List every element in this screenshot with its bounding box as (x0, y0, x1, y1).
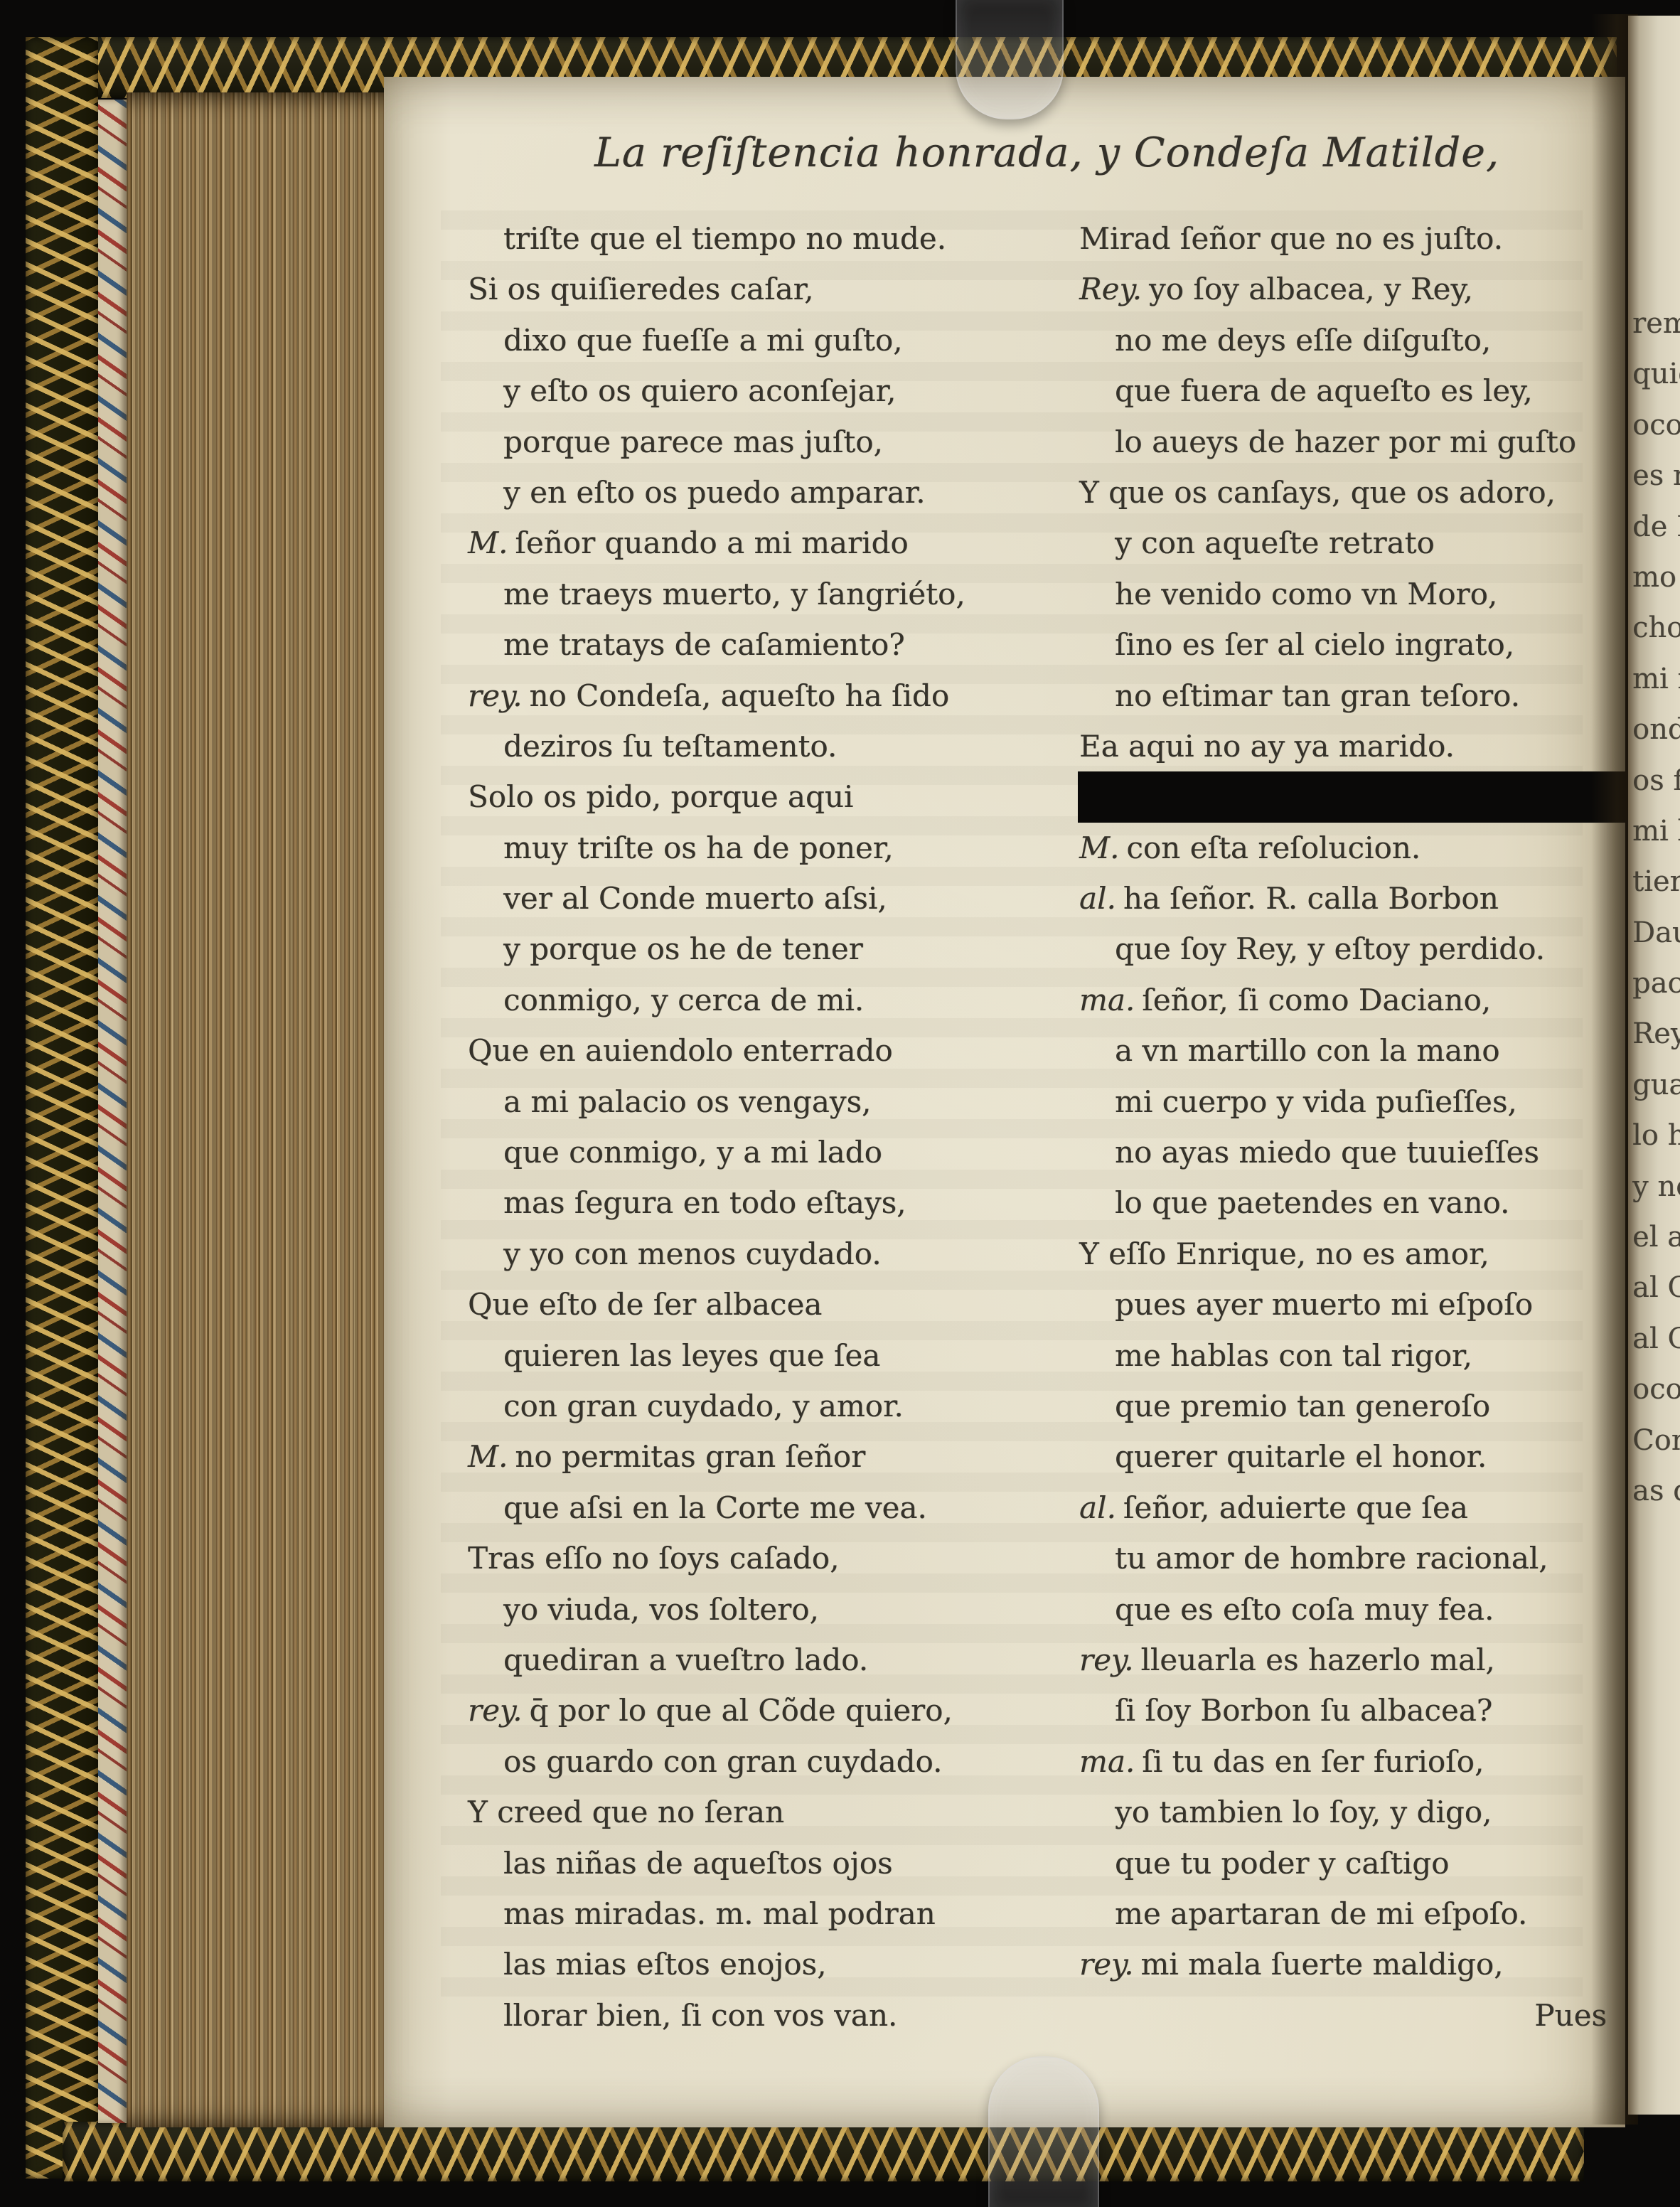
verse-line: porque parece mas juſto, (466, 417, 1072, 467)
verse-line: rey.lleuarla es hazerlo mal, (1078, 1635, 1625, 1685)
next-page-fragment: Rey e (1632, 1009, 1680, 1059)
verse-line: las mias eſtos enojos, (466, 1939, 1072, 1989)
verse-line: he venido como vn Moro, (1078, 569, 1625, 619)
next-page-fragment: el am (1632, 1212, 1680, 1263)
speaker-abbrev: rey. (468, 678, 522, 713)
speaker-abbrev: M. (468, 525, 508, 560)
line-text: llorar bien, ſi con vos van. (503, 1998, 897, 2033)
line-text: tu amor de hombre racional, (1115, 1541, 1548, 1576)
line-text: a mi palacio os vengays, (503, 1084, 871, 1119)
verse-line: que conmigo, y a mi lado (466, 1127, 1072, 1177)
line-text: que conmigo, y a mi lado (503, 1135, 882, 1170)
line-text: quieren las leyes que ſea (503, 1338, 880, 1373)
verse-line: Rey.yo ſoy albacea, y Rey, (1078, 264, 1625, 314)
verse-line: Y que os canſays, que os adoro, (1078, 467, 1625, 518)
verse-line: os guardo con gran cuydado. (466, 1736, 1072, 1787)
stage-direction: Leuantaſe. (1078, 771, 1680, 822)
line-text: quediran a vueſtro lado. (503, 1642, 868, 1677)
verse-line: no eſtimar tan gran teſoro. (1078, 670, 1625, 721)
next-page-fragment: lo he (1632, 1111, 1680, 1161)
verse-line: Tras eſſo no ſoys caſado, (466, 1533, 1072, 1583)
verse-line: yo viuda, vos ſoltero, (466, 1584, 1072, 1635)
verse-line: ver al Conde muerto aſsi, (466, 873, 1072, 924)
speaker-abbrev: ma. (1079, 983, 1135, 1017)
verse-line: me apartaran de mi eſpoſo. (1078, 1888, 1625, 1939)
line-text: no me deys eſſe diſguſto, (1115, 323, 1491, 358)
line-text: ſi tu das en ſer furioſo, (1142, 1744, 1484, 1779)
line-text: dixo que fueſſe a mi guſto, (503, 323, 903, 358)
verse-line: llorar bien, ſi con vos van. (466, 1990, 1072, 2041)
line-text: deziros ſu teſtamento. (503, 729, 837, 764)
verse-line: y con aqueſte retrato (1078, 518, 1625, 568)
line-text: ſino es ſer al cielo ingrato, (1115, 627, 1514, 662)
book-photograph: La reſiſtencia honrada, y Condeſa Matild… (0, 0, 1680, 2207)
line-text: porque parece mas juſto, (503, 424, 883, 459)
verse-line: a mi palacio os vengays, (466, 1076, 1072, 1127)
verse-line: dixo que fueſſe a mi guſto, (466, 315, 1072, 365)
line-text: que premio tan generoſo (1115, 1389, 1490, 1423)
text-block-fore-edge (127, 92, 402, 2127)
page-holder-strip-bottom (988, 2056, 1099, 2207)
line-text: ſi ſoy Borbon ſu albacea? (1115, 1693, 1492, 1728)
line-text: mi cuerpo y vida puſieſſes, (1115, 1084, 1517, 1119)
line-text: que tu poder y caſtigo (1115, 1846, 1449, 1881)
line-text: he venido como vn Moro, (1115, 577, 1497, 611)
verse-line: me tratays de caſamiento? (466, 619, 1072, 670)
column-left: triſte que el tiempo no mude.Si os quiſi… (466, 213, 1072, 2041)
verse-line: yo tambien lo ſoy, y digo, (1078, 1787, 1625, 1837)
line-text: yo ſoy albacea, y Rey, (1149, 272, 1473, 306)
line-text: Pues (1534, 1998, 1607, 2033)
line-text: con eſta reſolucion. (1126, 830, 1420, 865)
verse-line: al.ha ſeñor. R. calla Borbon (1078, 873, 1625, 924)
verse-line: ſi ſoy Borbon ſu albacea? (1078, 1685, 1625, 1736)
line-text: que ſoy Rey, y eſtoy perdido. (1115, 931, 1545, 966)
verse-line: ma.ſi tu das en ſer furioſo, (1078, 1736, 1625, 1787)
speaker-abbrev: M. (1079, 830, 1119, 865)
verse-line: que es eſto coſa muy fea. (1078, 1584, 1625, 1635)
next-page-fragment: es nego (1632, 451, 1680, 501)
next-page-fragment: mo el R (1632, 552, 1680, 603)
line-text: ha ſeñor. R. calla Borbon (1123, 881, 1499, 916)
speaker-abbrev: al. (1079, 881, 1116, 916)
next-page-fragment: oco ha (1632, 1364, 1680, 1415)
line-text: Mirad ſeñor que no es juſto. (1079, 221, 1503, 256)
line-text: muy triſte os ha de poner, (503, 830, 894, 865)
verse-line: que premio tan generoſo (1078, 1381, 1625, 1431)
next-page-sliver-text: remiedquierooco, q̃ ees negode Franmo el… (1632, 299, 1680, 1517)
line-text: mas miradas. m. mal podran (503, 1896, 936, 1931)
verse-line: lo aueys de hazer por mi guſto (1078, 417, 1625, 467)
next-page-fragment: al Co (1632, 1314, 1680, 1364)
line-text: q̄ por lo que al Cõde quiero, (529, 1693, 952, 1728)
line-text: a vn martillo con la mano (1115, 1033, 1500, 1068)
line-text: Que eſto de ſer albacea (468, 1287, 822, 1322)
gilt-binding-border-bottom (63, 2122, 1584, 2181)
verse-line: mas miradas. m. mal podran (466, 1888, 1072, 1939)
verse-line: que fuera de aqueſto es ley, (1078, 365, 1625, 416)
verse-line: con gran cuydado, y amor. (466, 1381, 1072, 1431)
verse-line: que tu poder y caſtigo (1078, 1838, 1625, 1888)
verse-line: tu amor de hombre racional, (1078, 1533, 1625, 1583)
speaker-abbrev: Rey. (1079, 272, 1142, 306)
line-text: que fuera de aqueſto es ley, (1115, 373, 1533, 408)
line-text: ſeñor quando a mi marido (515, 525, 908, 560)
marbled-endpaper-edge (98, 100, 127, 2123)
next-page-fragment: oco, q̃ e (1632, 400, 1680, 451)
next-page-fragment: Conde (1632, 1416, 1680, 1466)
verse-line: muy triſte os ha de poner, (466, 823, 1072, 873)
verse-line: triſte que el tiempo no mude. (466, 213, 1072, 264)
verse-line: pues ayer muerto mi eſpoſo (1078, 1279, 1625, 1330)
verse-line: mas ſegura en todo eſtays, (466, 1177, 1072, 1228)
verse-line: M.con eſta reſolucion. (1078, 823, 1625, 873)
verse-line: Solo os pido, porque aqui (466, 771, 1072, 822)
line-text: os guardo con gran cuydado. (503, 1744, 942, 1779)
speaker-abbrev: M. (468, 1439, 508, 1474)
verse-line: Si os quiſieredes caſar, (466, 264, 1072, 314)
next-page-fragment: pacien (1632, 958, 1680, 1009)
speaker-abbrev: rey. (1079, 1642, 1133, 1677)
line-text: yo tambien lo ſoy, y digo, (1115, 1795, 1492, 1829)
line-text: que es eſto coſa muy fea. (1115, 1592, 1494, 1627)
line-text: Ea aqui no ay ya marido. (1079, 729, 1455, 764)
verse-line: y en eſto os puedo amparar. (466, 467, 1072, 518)
line-text: me apartaran de mi eſpoſo. (1115, 1896, 1527, 1931)
verse-line: las niñas de aqueſtos ojos (466, 1838, 1072, 1888)
verse-line: rey.q̄ por lo que al Cõde quiero, (466, 1685, 1072, 1736)
line-text: no eſtimar tan gran teſoro. (1115, 678, 1520, 713)
verse-line: al.ſeñor, aduierte que ſea (1078, 1482, 1625, 1533)
next-page-fragment: remied (1632, 299, 1680, 349)
verse-line: a vn martillo con la mano (1078, 1025, 1625, 1076)
line-text: y porque os he de tener (503, 931, 863, 966)
next-page-fragment: os fiere (1632, 756, 1680, 806)
verse-line: que ſoy Rey, y eſtoy perdido. (1078, 924, 1625, 974)
line-text: y en eſto os puedo amparar. (503, 475, 925, 510)
verse-line: y eſto os quiero aconſejar, (466, 365, 1072, 416)
line-text: mi mala ſuerte maldigo, (1140, 1947, 1503, 1982)
verse-line: lo que paetendes en vano. (1078, 1177, 1625, 1228)
verse-line: Que en auiendolo enterrado (466, 1025, 1072, 1076)
next-page-fragment: mi ſe le (1632, 654, 1680, 705)
speaker-abbrev: rey. (468, 1693, 522, 1728)
line-text: mas ſegura en todo eſtays, (503, 1185, 906, 1220)
verse-line: que aſsi en la Corte me vea. (466, 1482, 1072, 1533)
verse-line: rey.mi mala ſuerte maldigo, (1078, 1939, 1625, 1989)
verse-line: no me deys eſſe diſguſto, (1078, 315, 1625, 365)
line-text: Que en auiendolo enterrado (468, 1033, 893, 1068)
verse-line: quieren las leyes que ſea (466, 1330, 1072, 1381)
line-text: ſeñor, aduierte que ſea (1123, 1490, 1468, 1525)
next-page-fragment: as de v (1632, 1466, 1680, 1517)
catchword: Pues (1078, 1990, 1625, 2041)
line-text: Y eſſo Enrique, no es amor, (1079, 1236, 1489, 1271)
line-text: no Condeſa, aqueſto ha ſido (529, 678, 949, 713)
verse-line: Y eſſo Enrique, no es amor, (1078, 1229, 1625, 1279)
line-text: que aſsi en la Corte me vea. (503, 1490, 927, 1525)
verse-line: querer quitarle el honor. (1078, 1431, 1625, 1482)
verse-line: M.ſeñor quando a mi marido (466, 518, 1072, 568)
verse-line: quediran a vueſtro lado. (466, 1635, 1072, 1685)
next-page-fragment: ondeſa e (1632, 705, 1680, 755)
line-text: querer quitarle el honor. (1115, 1439, 1487, 1474)
next-page-fragment: tierno (1632, 857, 1680, 907)
verse-line: y yo con menos cuydado. (466, 1229, 1072, 1279)
verse-line: Mirad ſeñor que no es juſto. (1078, 213, 1625, 264)
verse-line: rey.no Condeſa, aqueſto ha ſido (466, 670, 1072, 721)
line-text: ver al Conde muerto aſsi, (503, 881, 887, 916)
line-text: Si os quiſieredes caſar, (468, 272, 814, 306)
line-text: Tras eſſo no ſoys caſado, (468, 1541, 839, 1576)
line-text: y con aqueſte retrato (1115, 525, 1435, 560)
line-text: las niñas de aqueſtos ojos (503, 1846, 893, 1881)
line-text: me tratays de caſamiento? (503, 627, 905, 662)
line-text: conmigo, y cerca de mi. (503, 983, 864, 1017)
line-text: y yo con menos cuydado. (503, 1236, 882, 1271)
line-text: y eſto os quiero aconſejar, (503, 373, 896, 408)
line-text: Y que os canſays, que os adoro, (1079, 475, 1556, 510)
next-page-fragment: de Fran (1632, 502, 1680, 552)
next-page-fragment: al Con (1632, 1263, 1680, 1313)
verse-line: ſino es ſer al cielo ingrato, (1078, 619, 1625, 670)
next-page-fragment: quiero (1632, 349, 1680, 400)
next-page-fragment: mi bien (1632, 806, 1680, 857)
line-text: me traeys muerto, y ſangriéto, (503, 577, 965, 611)
line-text: me hablas con tal rigor, (1115, 1338, 1472, 1373)
line-text: yo viuda, vos ſoltero, (503, 1592, 819, 1627)
running-title: La reſiſtencia honrada, y Condeſa Matild… (469, 129, 1625, 176)
verse-line: deziros ſu teſtamento. (466, 721, 1072, 771)
verse-line: Que eſto de ſer albacea (466, 1279, 1072, 1330)
line-text: Solo os pido, porque aqui (468, 779, 853, 814)
verse-line: M.no permitas gran ſeñor (466, 1431, 1072, 1482)
line-text: lleuarla es hazerlo mal, (1140, 1642, 1494, 1677)
line-text: no ayas miedo que tuuieſſes (1115, 1135, 1539, 1170)
column-right: Mirad ſeñor que no es juſto.Rey.yo ſoy a… (1078, 213, 1625, 2041)
speaker-abbrev: al. (1079, 1490, 1116, 1525)
verse-line: ma.ſeñor, ſi como Daciano, (1078, 975, 1625, 1025)
line-text: lo aueys de hazer por mi guſto (1115, 424, 1576, 459)
next-page-fragment: y no (1632, 1162, 1680, 1212)
verse-line: Y creed que no ſeran (466, 1787, 1072, 1837)
verse-line: y porque os he de tener (466, 924, 1072, 974)
next-page-sliver: remiedquierooco, q̃ ees negode Franmo el… (1628, 16, 1680, 2115)
line-text: Y creed que no ſeran (468, 1795, 784, 1829)
verse-line: me traeys muerto, y ſangriéto, (466, 569, 1072, 619)
page-holder-strip-top (956, 0, 1064, 119)
line-text: con gran cuydado, y amor. (503, 1389, 904, 1423)
next-page-fragment: cho me (1632, 603, 1680, 653)
speaker-abbrev: ma. (1079, 1744, 1135, 1779)
verse-line: no ayas miedo que tuuieſſes (1078, 1127, 1625, 1177)
next-page-fragment: guardas (1632, 1060, 1680, 1111)
line-text: no permitas gran ſeñor (515, 1439, 865, 1474)
line-text: pues ayer muerto mi eſpoſo (1115, 1287, 1533, 1322)
next-page-fragment: Dauid e (1632, 908, 1680, 958)
verse-line: conmigo, y cerca de mi. (466, 975, 1072, 1025)
line-text: triſte que el tiempo no mude. (503, 221, 946, 256)
gilt-binding-border-left (26, 37, 98, 2179)
line-text: lo que paetendes en vano. (1115, 1185, 1509, 1220)
speaker-abbrev: rey. (1079, 1947, 1133, 1982)
verse-line: me hablas con tal rigor, (1078, 1330, 1625, 1381)
verse-line: Ea aqui no ay ya marido. (1078, 721, 1625, 771)
verse-line: mi cuerpo y vida puſieſſes, (1078, 1076, 1625, 1127)
line-text: las mias eſtos enojos, (503, 1947, 826, 1982)
line-text: ſeñor, ſi como Daciano, (1142, 983, 1491, 1017)
